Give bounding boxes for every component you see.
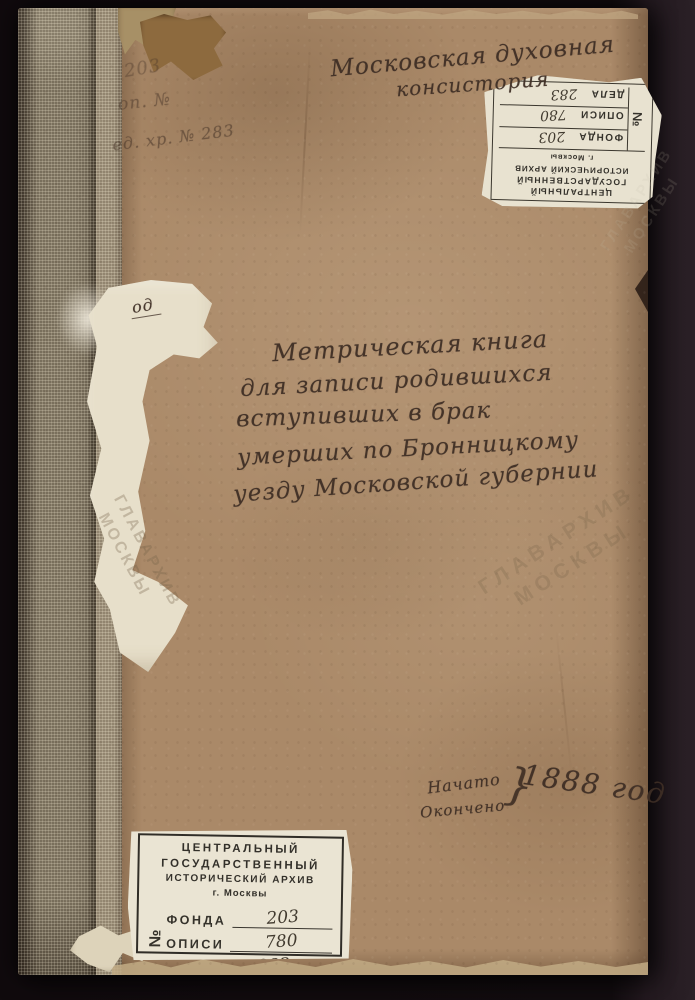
archive-stamp-bottom: ЦЕНТРАЛЬНЫЙ ГОСУДАРСТВЕННЫЙ ИСТОРИЧЕСКИЙ… bbox=[127, 826, 353, 964]
stamp-frame: ЦЕНТРАЛЬНЫЙ ГОСУДАРСТВЕННЫЙ ИСТОРИЧЕСКИЙ… bbox=[136, 833, 344, 957]
stamp-row-label: ФОНДА bbox=[166, 912, 226, 927]
stamp-row-label: ОПИСИ bbox=[580, 109, 624, 121]
stamp-row-label: ФОНДА bbox=[578, 130, 624, 142]
archive-stamp-top-upside-down: ЦЕНТРАЛЬНЫЙ ГОСУДАРСТВЕННЫЙ ИСТОРИЧЕСКИЙ… bbox=[481, 74, 662, 211]
stamp-row-opis: ОПИСИ 780 bbox=[499, 105, 628, 131]
stamp-row-label: ДЕЛА bbox=[590, 87, 624, 99]
stamp-org-line: г. Москвы bbox=[147, 886, 333, 900]
stamp-row-value: 283 bbox=[550, 86, 577, 101]
stamp-row-fond: ФОНДА 203 bbox=[166, 902, 332, 929]
stamp-row-value: 203 bbox=[538, 129, 565, 144]
stamp-frame: ЦЕНТРАЛЬНЫЙ ГОСУДАРСТВЕННЫЙ ИСТОРИЧЕСКИЙ… bbox=[490, 80, 653, 204]
archival-photo: Московская духовная консистория 203 оп. … bbox=[0, 0, 695, 1000]
stamp-row-value: 203 bbox=[266, 908, 300, 928]
book-cover: Московская духовная консистория 203 оп. … bbox=[18, 8, 648, 975]
stamp-row-value: 780 bbox=[540, 107, 567, 122]
stamp-row-value: 780 bbox=[264, 932, 298, 952]
stamp-org-name: ЦЕНТРАЛЬНЫЙ ГОСУДАРСТВЕННЫЙ ИСТОРИЧЕСКИЙ… bbox=[147, 840, 334, 900]
stamp-row-fond: ФОНДА 203 bbox=[499, 127, 627, 151]
stamp-org-name: ЦЕНТРАЛЬНЫЙ ГОСУДАРСТВЕННЫЙ ИСТОРИЧЕСКИЙ… bbox=[498, 151, 645, 199]
stamp-number-sign: № bbox=[627, 87, 647, 151]
